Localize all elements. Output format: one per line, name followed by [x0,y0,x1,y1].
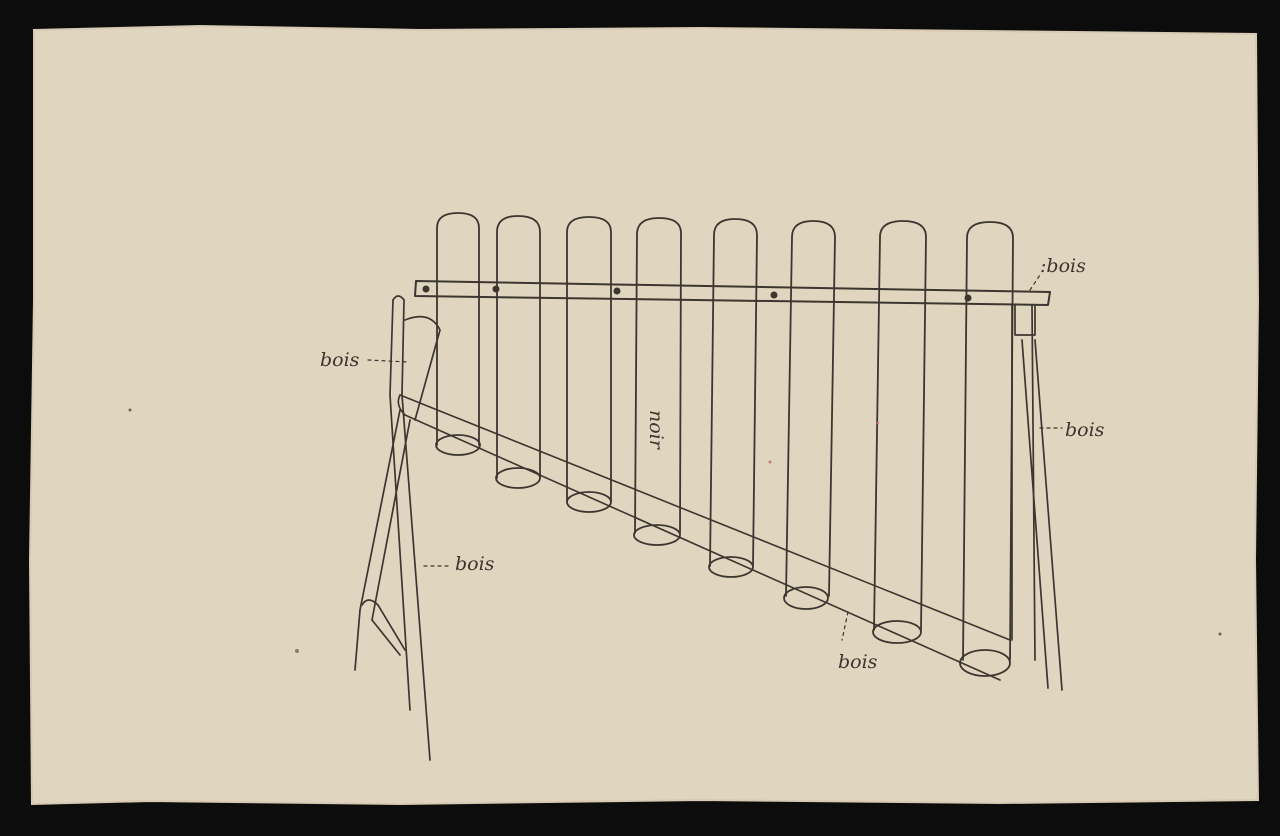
label-bottom-rail: bois [838,651,878,673]
label-top-bar: :bois [1040,255,1086,277]
paper-sheet [30,26,1258,804]
label-left-post: bois [320,349,360,371]
label-right-post: bois [1065,419,1105,441]
label-tube-noir: noir [645,410,667,451]
label-left-leg: bois [455,553,495,575]
sketch-canvas: :bois bois bois bois bois noir [0,0,1280,836]
